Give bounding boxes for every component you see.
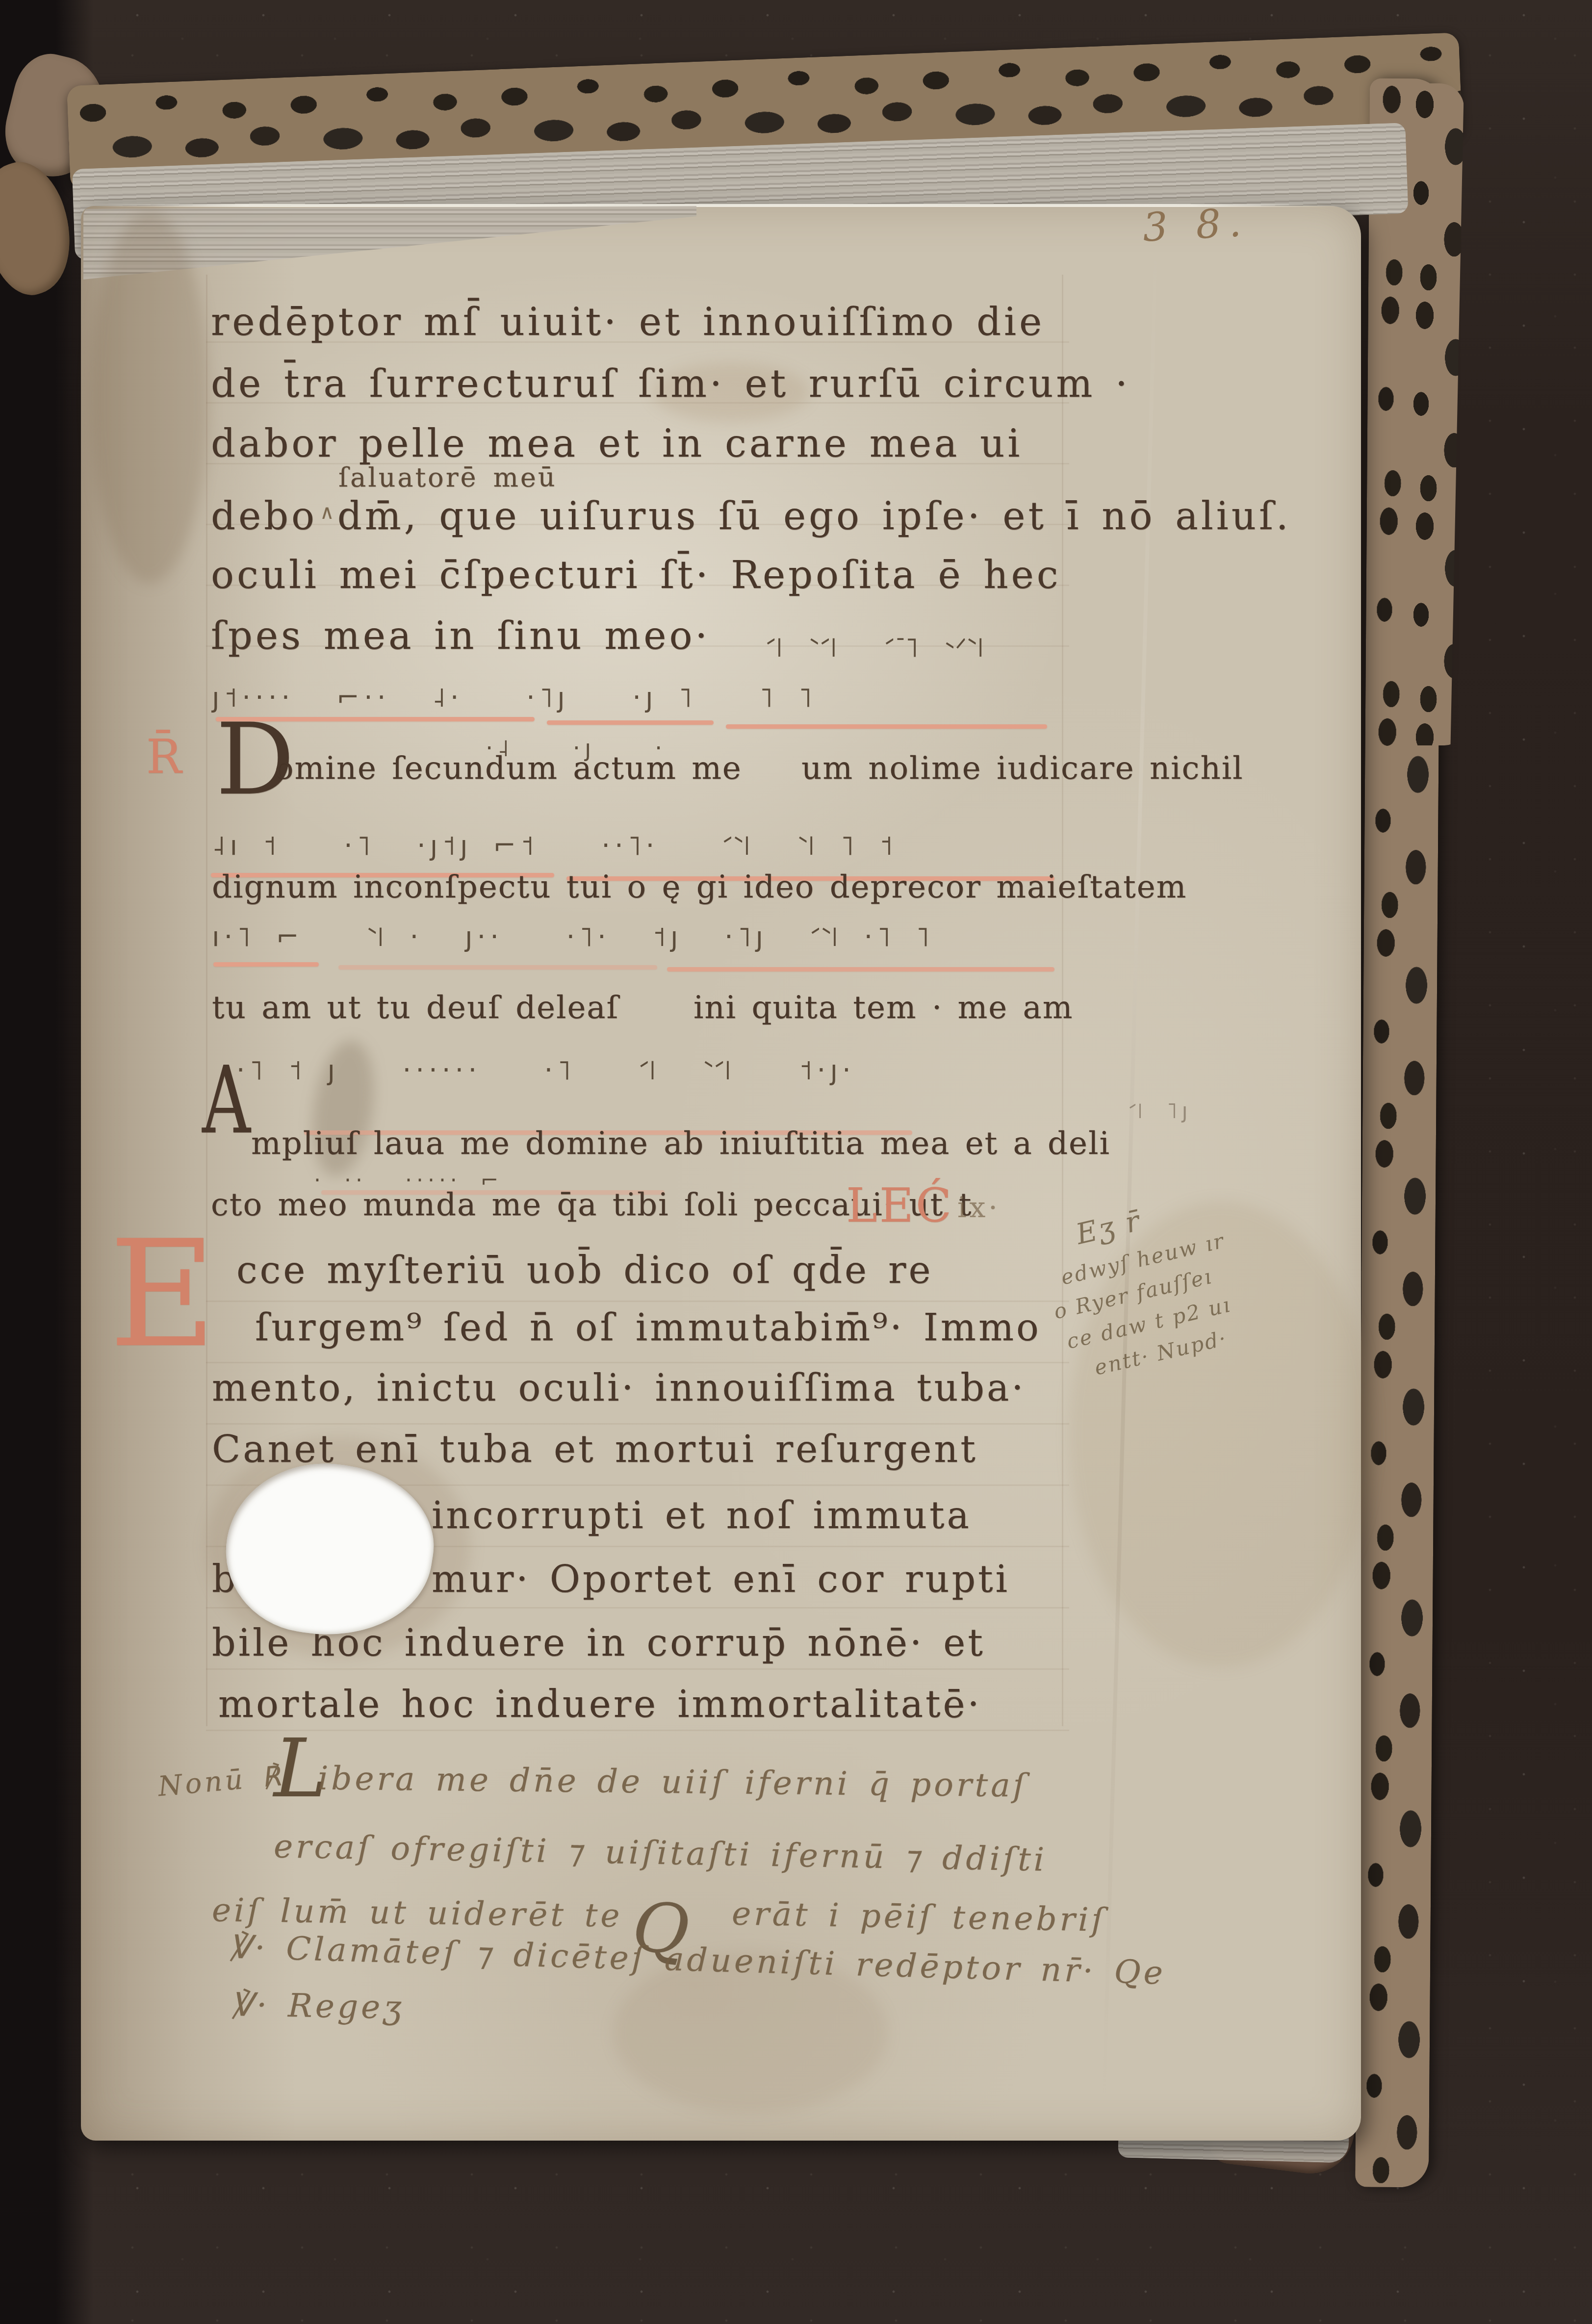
folio-number: 3 8. (1142, 199, 1250, 250)
office-line-3-pre: eiſ lum̄ ut uiderēt te (212, 1891, 623, 1935)
job-line-6: ſpes mea in ſinu meo· (211, 614, 710, 658)
job-line-5: oculi mei c̄ſpecturi ſt̄· Repoſita ē hec (211, 553, 1061, 597)
responsory-text-2: dignum inconſpectu tui o ę gi ideo depre… (212, 869, 1187, 905)
lection-line-3: mento, inictu oculi· innouiſſima tuba· (212, 1366, 1026, 1409)
office-line-5: ℣· Regeʒ (231, 1986, 405, 2026)
lection-line-1: cce myſteriū uob̄ dico oſ qd̄e re (236, 1248, 933, 1292)
verse-text: mpliuſ laua me domine ab iniuſtitia mea … (251, 1125, 1110, 1162)
lectio-rubric-number: ix· (957, 1191, 1001, 1224)
manuscript-photo: 3 8. redēptor mſ̄ uiuit· et innouiſſimo … (0, 0, 1592, 2324)
job-line-2: de t̄ra ſurrecturuſ ſim· et rurſū circum… (211, 362, 1130, 406)
office-line-3-post: erāt i pēiſ tenebriſ (731, 1894, 1106, 1939)
cover-marbled-top-right-wedge (1403, 83, 1464, 745)
office-line-1: ibera me dn̄e de uiiſ iferni q̄ portaſ (318, 1759, 1028, 1804)
responsory-mark: R̄ (146, 738, 181, 776)
interlinear-addition: ſaluatorē meū (338, 462, 557, 493)
lection-line-2: ſurgem⁹ ſed n̄ oſ immutabim̄⁹· Immo (255, 1305, 1041, 1349)
staff-line-3a (213, 962, 319, 967)
job-line-3: dabor pelle mea et in carne mea ui (211, 422, 1023, 466)
neume-row-4: ··˥ ˦ ȷ ······ ·˥ ˦˥ ˥˦˥ ˦·ȷ· (223, 1054, 855, 1086)
lection-line-5: incorrupti et noſ immuta (432, 1493, 972, 1537)
staff-line-1b (547, 720, 714, 725)
neume-row-3: ı·˥ ⌐ ˥˦ · ȷ·· ·˥· ˦ȷ ·˥ȷ ˦˥˦ ·˥ ˥ (212, 921, 934, 953)
book-spine-shadow (0, 0, 93, 2324)
ruling-margin-left (206, 275, 207, 1726)
neume-row-1: ȷ˦···· ⌐·· ˨· ·˥ȷ ·ȷ ˥ ˥ ˥ (212, 682, 817, 714)
lection-line-8: mortale hoc induere immortalitatē· (218, 1682, 982, 1726)
neume-row-1-cluster: ˦˥ ˥˦˥ ˦˥˥ ˦˧˥˦ (765, 632, 989, 664)
parchment-gutter-grime (91, 211, 208, 584)
staff-line-3b (338, 965, 657, 970)
neume-row-2: ˨ı ˦ ·˥ ·ȷ˦ȷ ⌐˦ ··˥· ˦˥˦ ˥˦ ˥ ˦ (212, 830, 898, 862)
lection-initial-E: E (109, 1236, 216, 1354)
lectio-rubric: LEĆ (846, 1178, 953, 1233)
responsory-text-3: tu am ut tu deuſ deleaſ ini quita tem · … (212, 990, 1073, 1026)
lection-line-6b: mur· Oportet enī cor rupti (432, 1557, 1010, 1601)
verse-initial-A: A (202, 1063, 251, 1138)
staff-line-1c (726, 724, 1047, 729)
job-line-4: debo dm̄, que uiſurus ſū ego ipſe· et ī … (211, 494, 1291, 538)
staff-line-3c (667, 967, 1054, 971)
neume-trials-right-margin: ˦˥ ˥ȷ (1128, 1098, 1192, 1124)
job-line-1: redēptor mſ̄ uiuit· et innouiſſimo die (211, 300, 1045, 344)
responsory-text-1: omine ſecundum actum me um nolime iudica… (275, 750, 1244, 787)
